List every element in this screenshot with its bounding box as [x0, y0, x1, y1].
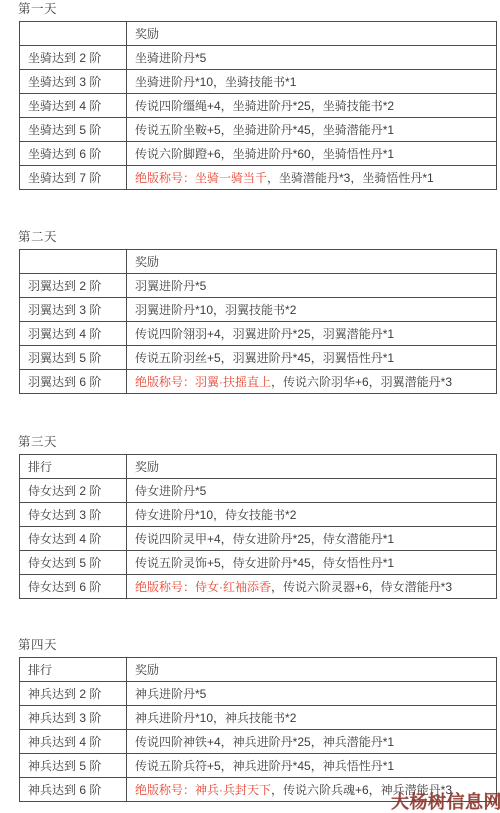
reward-red-segment: 绝版称号：侍女·红袖添香 [135, 580, 271, 594]
reward-normal-segment: 传说四阶灵甲+4，侍女进阶丹*25，侍女潜能丹*1 [135, 532, 394, 546]
reward-normal-segment: 神兵进阶丹*5 [135, 687, 206, 701]
reward-normal-segment: ，传说六阶灵器+6，侍女潜能丹*3 [271, 580, 452, 594]
reward-normal-segment: 传说四阶缰绳+4，坐骑进阶丹*25，坐骑技能书*2 [135, 99, 394, 113]
reward-normal-segment: ，坐骑潜能丹*3，坐骑悟性丹*1 [267, 171, 434, 185]
reward-normal-segment: 传说五阶灵饰+5，侍女进阶丹*45，侍女悟性丹*1 [135, 556, 394, 570]
table-row: 神兵达到 2 阶 神兵进阶丹*5 [20, 682, 497, 706]
tier-cell: 侍女达到 2 阶 [20, 479, 127, 503]
tier-cell: 坐骑达到 6 阶 [20, 142, 127, 166]
table-row: 坐骑达到 2 阶 坐骑进阶丹*5 [20, 46, 497, 70]
table-row: 侍女达到 2 阶 侍女进阶丹*5 [20, 479, 497, 503]
reward-cell: 羽翼进阶丹*5 [127, 274, 497, 298]
reward-cell: 传说五阶坐鞍+5，坐骑进阶丹*45，坐骑潜能丹*1 [127, 118, 497, 142]
reward-normal-segment: 传说五阶兵符+5，神兵进阶丹*45，神兵悟性丹*1 [135, 759, 394, 773]
reward-normal-segment: 传说五阶羽丝+5，羽翼进阶丹*45，羽翼悟性丹*1 [135, 351, 394, 365]
rank-column-header [20, 22, 127, 46]
reward-cell: 传说四阶翎羽+4，羽翼进阶丹*25，羽翼潜能丹*1 [127, 322, 497, 346]
table-row: 羽翼达到 4 阶 传说四阶翎羽+4，羽翼进阶丹*25，羽翼潜能丹*1 [20, 322, 497, 346]
header-row: 排行 奖励 [20, 455, 497, 479]
reward-cell: 坐骑进阶丹*10，坐骑技能书*1 [127, 70, 497, 94]
table-row: 坐骑达到 7 阶 绝版称号：坐骑一骑当千，坐骑潜能丹*3，坐骑悟性丹*1 [20, 166, 497, 190]
reward-table: 排行 奖励 神兵达到 2 阶 神兵进阶丹*5 神兵达到 3 阶 神兵进阶丹*10… [19, 657, 497, 802]
reward-normal-segment: 羽翼进阶丹*5 [135, 279, 206, 293]
reward-normal-segment: 传说五阶坐鞍+5，坐骑进阶丹*45，坐骑潜能丹*1 [135, 123, 394, 137]
table-row: 侍女达到 6 阶 绝版称号：侍女·红袖添香，传说六阶灵器+6，侍女潜能丹*3 [20, 575, 497, 599]
reward-cell: 绝版称号：坐骑一骑当千，坐骑潜能丹*3，坐骑悟性丹*1 [127, 166, 497, 190]
reward-normal-segment: 侍女进阶丹*10，侍女技能书*2 [135, 508, 296, 522]
day-section: 第二天 奖励 羽翼达到 2 阶 羽翼进阶丹*5 羽翼达到 3 阶 羽翼进阶丹*1… [18, 230, 496, 394]
day-section: 第一天 奖励 坐骑达到 2 阶 坐骑进阶丹*5 坐骑达到 3 阶 坐骑进阶丹*1… [18, 2, 496, 190]
tier-cell: 侍女达到 6 阶 [20, 575, 127, 599]
reward-normal-segment: ，传说六阶羽华+6，羽翼潜能丹*3 [271, 375, 452, 389]
reward-table: 奖励 坐骑达到 2 阶 坐骑进阶丹*5 坐骑达到 3 阶 坐骑进阶丹*10，坐骑… [19, 21, 497, 190]
header-row: 奖励 [20, 250, 497, 274]
tier-cell: 坐骑达到 7 阶 [20, 166, 127, 190]
table-row: 坐骑达到 5 阶 传说五阶坐鞍+5，坐骑进阶丹*45，坐骑潜能丹*1 [20, 118, 497, 142]
tier-cell: 坐骑达到 5 阶 [20, 118, 127, 142]
reward-cell: 传说六阶脚蹬+6，坐骑进阶丹*60，坐骑悟性丹*1 [127, 142, 497, 166]
table-row: 侍女达到 3 阶 侍女进阶丹*10，侍女技能书*2 [20, 503, 497, 527]
reward-table: 排行 奖励 侍女达到 2 阶 侍女进阶丹*5 侍女达到 3 阶 侍女进阶丹*10… [19, 454, 497, 599]
day-title: 第三天 [18, 435, 496, 450]
tier-cell: 神兵达到 2 阶 [20, 682, 127, 706]
table-row: 侍女达到 4 阶 传说四阶灵甲+4，侍女进阶丹*25，侍女潜能丹*1 [20, 527, 497, 551]
table-row: 羽翼达到 3 阶 羽翼进阶丹*10，羽翼技能书*2 [20, 298, 497, 322]
reward-cell: 传说五阶兵符+5，神兵进阶丹*45，神兵悟性丹*1 [127, 754, 497, 778]
day-title: 第一天 [18, 2, 496, 17]
tier-cell: 神兵达到 3 阶 [20, 706, 127, 730]
reward-cell: 传说四阶灵甲+4，侍女进阶丹*25，侍女潜能丹*1 [127, 527, 497, 551]
reward-normal-segment: 坐骑进阶丹*10，坐骑技能书*1 [135, 75, 296, 89]
reward-normal-segment: 传说六阶脚蹬+6，坐骑进阶丹*60，坐骑悟性丹*1 [135, 147, 394, 161]
reward-cell: 神兵进阶丹*5 [127, 682, 497, 706]
reward-cell: 侍女进阶丹*10，侍女技能书*2 [127, 503, 497, 527]
reward-column-header: 奖励 [127, 250, 497, 274]
reward-normal-segment: 坐骑进阶丹*5 [135, 51, 206, 65]
tier-cell: 羽翼达到 4 阶 [20, 322, 127, 346]
tier-cell: 羽翼达到 3 阶 [20, 298, 127, 322]
tier-cell: 坐骑达到 2 阶 [20, 46, 127, 70]
reward-normal-segment: 神兵进阶丹*10，神兵技能书*2 [135, 711, 296, 725]
reward-column-header: 奖励 [127, 22, 497, 46]
reward-column-header: 奖励 [127, 658, 497, 682]
rank-column-header [20, 250, 127, 274]
table-row: 羽翼达到 5 阶 传说五阶羽丝+5，羽翼进阶丹*45，羽翼悟性丹*1 [20, 346, 497, 370]
day-section: 第三天 排行 奖励 侍女达到 2 阶 侍女进阶丹*5 侍女达到 3 阶 侍女进阶… [18, 435, 496, 599]
reward-cell: 传说四阶神铁+4，神兵进阶丹*25，神兵潜能丹*1 [127, 730, 497, 754]
tier-cell: 坐骑达到 4 阶 [20, 94, 127, 118]
reward-column-header: 奖励 [127, 455, 497, 479]
watermark-text: 大杨树信息网 [391, 788, 500, 813]
reward-cell: 绝版称号：羽翼·扶摇直上，传说六阶羽华+6，羽翼潜能丹*3 [127, 370, 497, 394]
tier-cell: 神兵达到 4 阶 [20, 730, 127, 754]
header-row: 排行 奖励 [20, 658, 497, 682]
tier-cell: 侍女达到 4 阶 [20, 527, 127, 551]
table-row: 坐骑达到 3 阶 坐骑进阶丹*10，坐骑技能书*1 [20, 70, 497, 94]
rank-column-header: 排行 [20, 455, 127, 479]
reward-normal-segment: 传说四阶神铁+4，神兵进阶丹*25，神兵潜能丹*1 [135, 735, 394, 749]
tier-cell: 神兵达到 6 阶 [20, 778, 127, 802]
reward-red-segment: 绝版称号：坐骑一骑当千 [135, 171, 267, 185]
reward-cell: 绝版称号：侍女·红袖添香，传说六阶灵器+6，侍女潜能丹*3 [127, 575, 497, 599]
reward-cell: 传说五阶灵饰+5，侍女进阶丹*45，侍女悟性丹*1 [127, 551, 497, 575]
day-title: 第二天 [18, 230, 496, 245]
reward-cell: 传说五阶羽丝+5，羽翼进阶丹*45，羽翼悟性丹*1 [127, 346, 497, 370]
reward-red-segment: 绝版称号：羽翼·扶摇直上 [135, 375, 271, 389]
table-row: 羽翼达到 6 阶 绝版称号：羽翼·扶摇直上，传说六阶羽华+6，羽翼潜能丹*3 [20, 370, 497, 394]
reward-cell: 传说四阶缰绳+4，坐骑进阶丹*25，坐骑技能书*2 [127, 94, 497, 118]
reward-red-segment: 绝版称号：神兵·兵封天下 [135, 783, 271, 797]
day-section: 第四天 排行 奖励 神兵达到 2 阶 神兵进阶丹*5 神兵达到 3 阶 神兵进阶… [18, 638, 496, 802]
reward-cell: 羽翼进阶丹*10，羽翼技能书*2 [127, 298, 497, 322]
table-row: 神兵达到 5 阶 传说五阶兵符+5，神兵进阶丹*45，神兵悟性丹*1 [20, 754, 497, 778]
table-row: 神兵达到 4 阶 传说四阶神铁+4，神兵进阶丹*25，神兵潜能丹*1 [20, 730, 497, 754]
table-row: 坐骑达到 4 阶 传说四阶缰绳+4，坐骑进阶丹*25，坐骑技能书*2 [20, 94, 497, 118]
reward-normal-segment: 羽翼进阶丹*10，羽翼技能书*2 [135, 303, 296, 317]
table-row: 神兵达到 3 阶 神兵进阶丹*10，神兵技能书*2 [20, 706, 497, 730]
tier-cell: 羽翼达到 6 阶 [20, 370, 127, 394]
tier-cell: 羽翼达到 2 阶 [20, 274, 127, 298]
reward-cell: 侍女进阶丹*5 [127, 479, 497, 503]
day-title: 第四天 [18, 638, 496, 653]
reward-cell: 神兵进阶丹*10，神兵技能书*2 [127, 706, 497, 730]
tier-cell: 侍女达到 3 阶 [20, 503, 127, 527]
reward-table: 奖励 羽翼达到 2 阶 羽翼进阶丹*5 羽翼达到 3 阶 羽翼进阶丹*10，羽翼… [19, 249, 497, 394]
table-row: 羽翼达到 2 阶 羽翼进阶丹*5 [20, 274, 497, 298]
tier-cell: 神兵达到 5 阶 [20, 754, 127, 778]
reward-normal-segment: 侍女进阶丹*5 [135, 484, 206, 498]
tier-cell: 坐骑达到 3 阶 [20, 70, 127, 94]
table-row: 坐骑达到 6 阶 传说六阶脚蹬+6，坐骑进阶丹*60，坐骑悟性丹*1 [20, 142, 497, 166]
tier-cell: 羽翼达到 5 阶 [20, 346, 127, 370]
tier-cell: 侍女达到 5 阶 [20, 551, 127, 575]
reward-normal-segment: 传说四阶翎羽+4，羽翼进阶丹*25，羽翼潜能丹*1 [135, 327, 394, 341]
rank-column-header: 排行 [20, 658, 127, 682]
header-row: 奖励 [20, 22, 497, 46]
table-row: 侍女达到 5 阶 传说五阶灵饰+5，侍女进阶丹*45，侍女悟性丹*1 [20, 551, 497, 575]
reward-cell: 坐骑进阶丹*5 [127, 46, 497, 70]
